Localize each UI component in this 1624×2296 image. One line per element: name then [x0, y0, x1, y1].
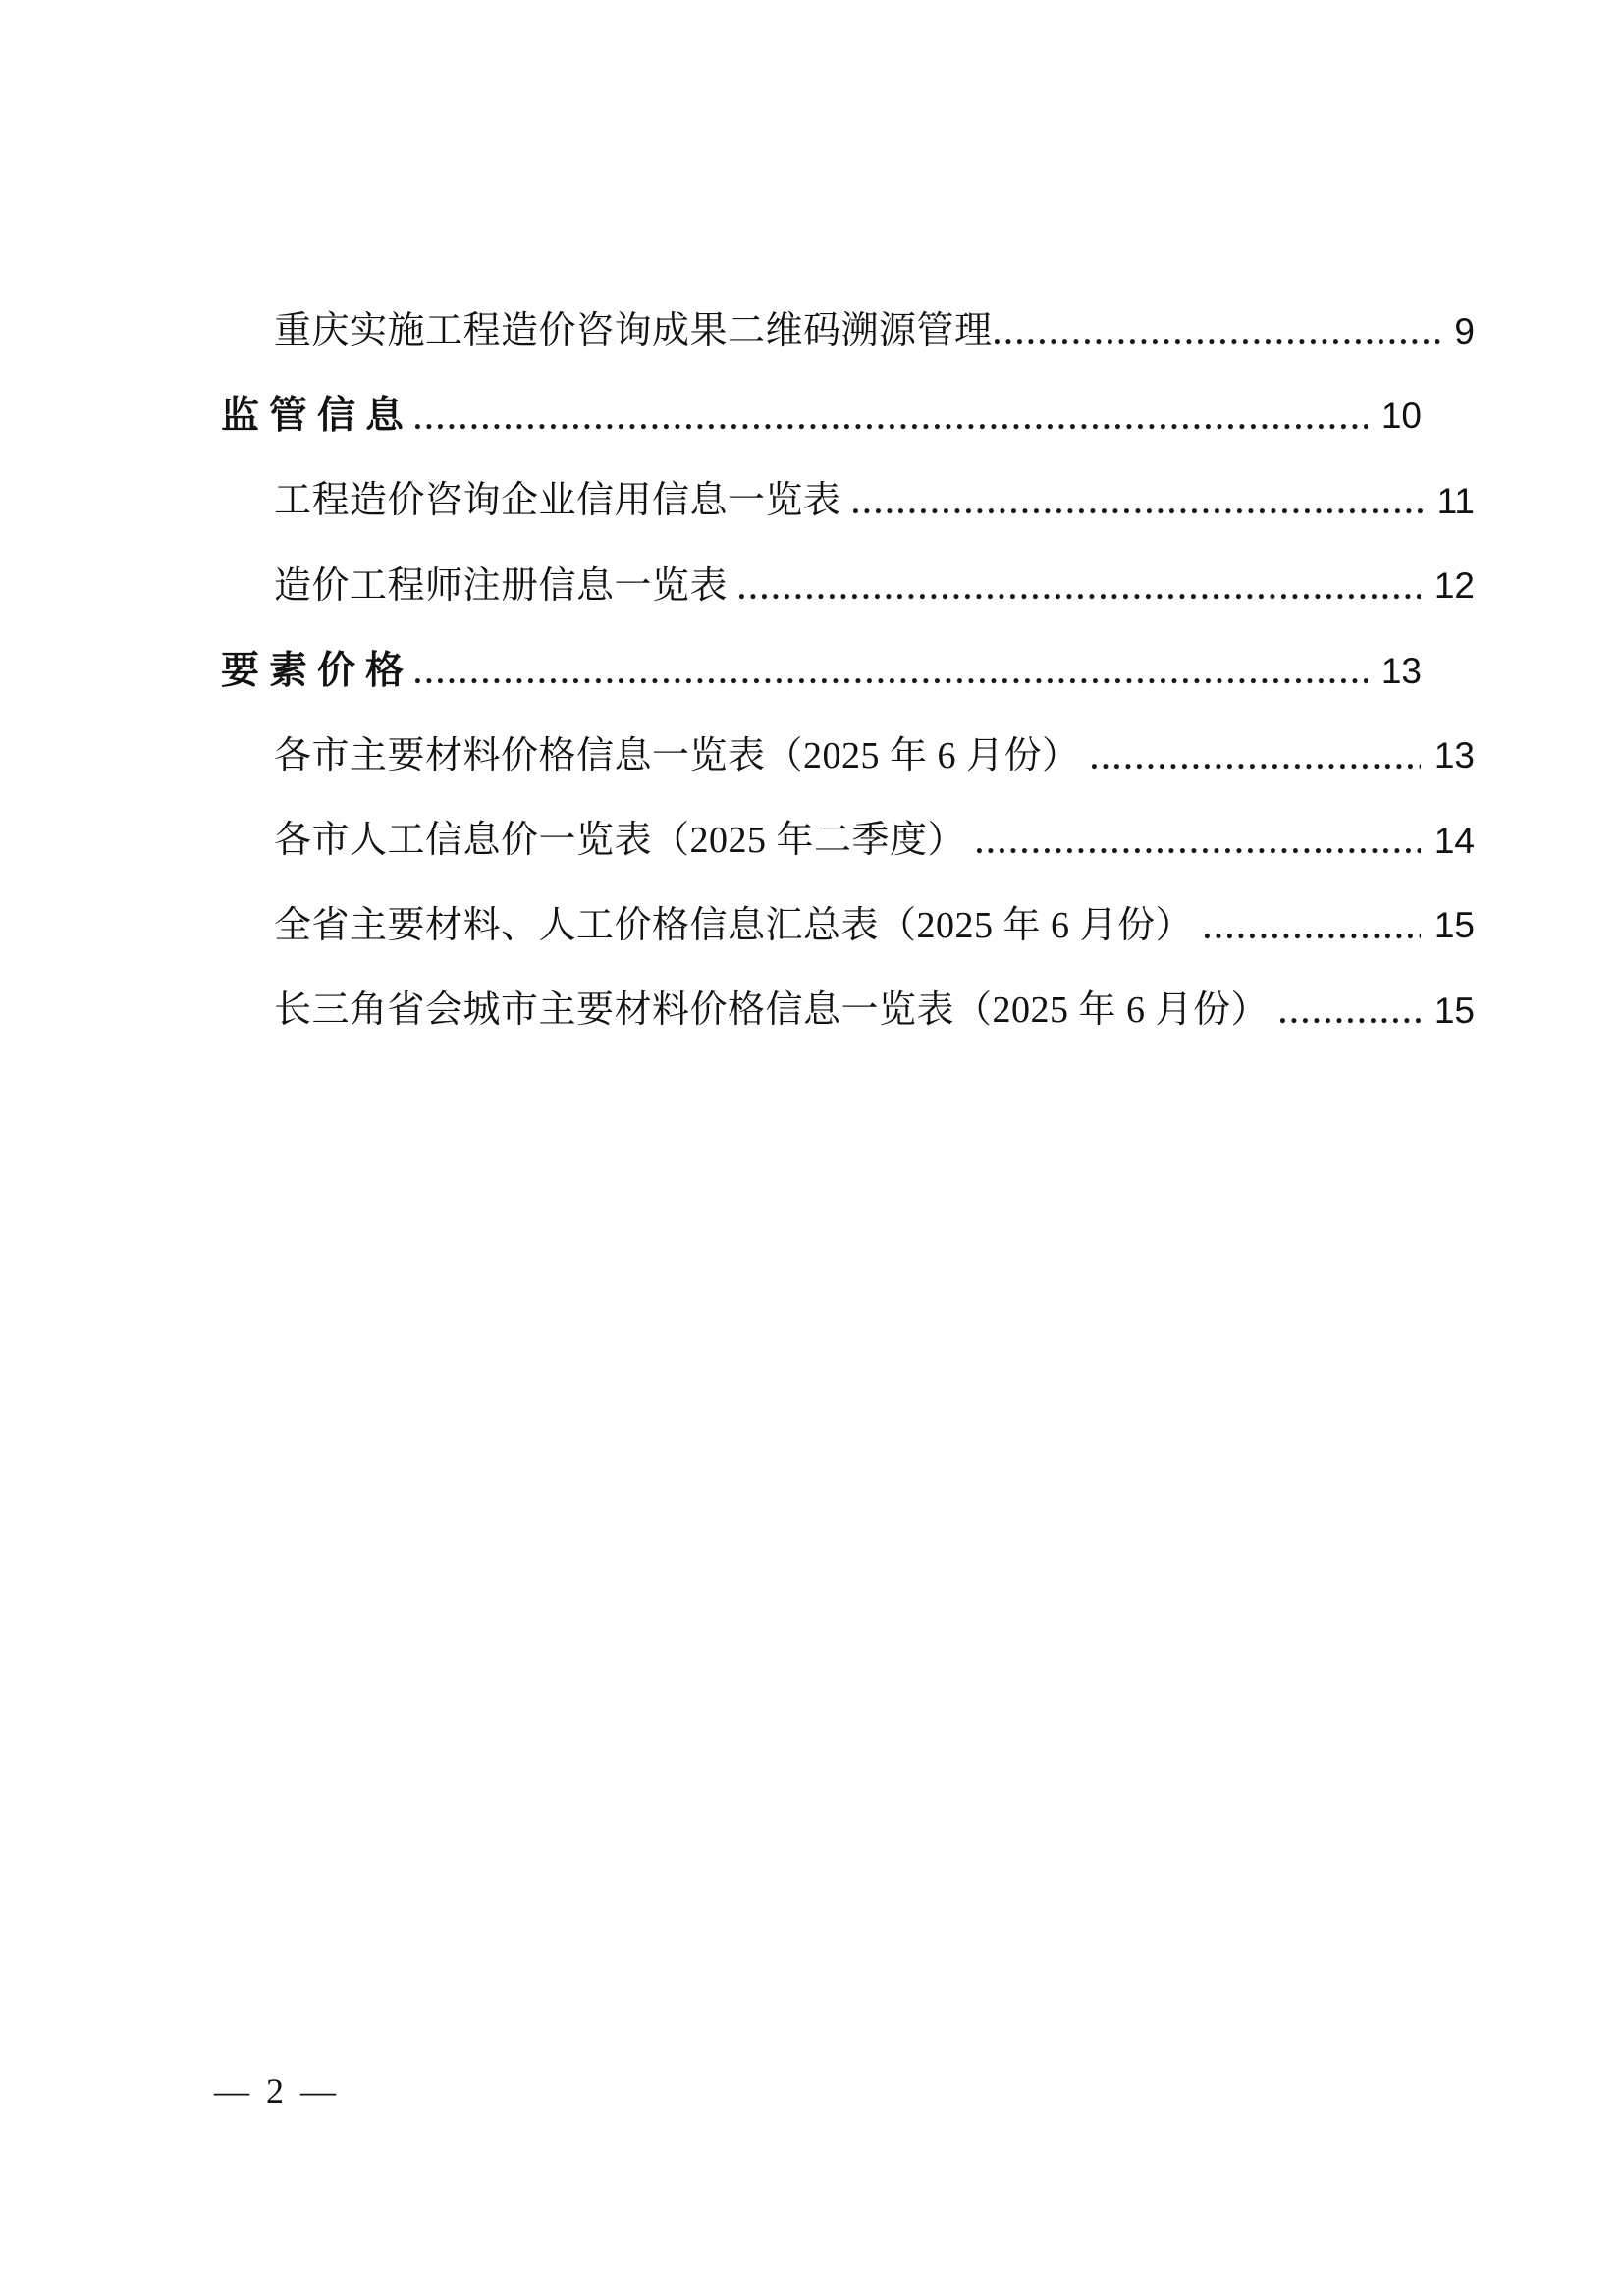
toc-entry[interactable]: 重庆实施工程造价咨询成果二维码溯源管理9 — [221, 289, 1475, 374]
toc-entry-title: 长三角省会城市主要材料价格信息一览表（2025 年 6 月份） — [274, 991, 1278, 1029]
footer-page-number: — 2 — — [214, 2073, 340, 2109]
toc-entry-page: 15 — [1435, 992, 1475, 1029]
toc-entry-title: 全省主要材料、人工价格信息汇总表（2025 年 6 月份） — [274, 907, 1203, 944]
toc-entry-page: 13 — [1381, 653, 1422, 689]
dot-leader — [1280, 989, 1421, 1031]
dot-leader — [739, 565, 1421, 607]
toc-entry[interactable]: 各市人工信息价一览表（2025 年二季度） 14 — [221, 798, 1475, 883]
dot-leader — [995, 310, 1441, 351]
dot-leader — [415, 396, 1368, 437]
document-page: 重庆实施工程造价咨询成果二维码溯源管理9监管信息10工程造价咨询企业信用信息一览… — [0, 0, 1624, 2296]
toc-entry[interactable]: 造价工程师注册信息一览表 12 — [221, 544, 1475, 629]
dot-leader — [415, 650, 1368, 691]
toc-entry-title: 要素价格 — [221, 652, 413, 690]
toc-entry-title: 各市人工信息价一览表（2025 年二季度） — [274, 822, 975, 859]
toc-entry-page: 9 — [1454, 313, 1475, 349]
toc-entry[interactable]: 监管信息10 — [221, 374, 1422, 459]
dot-leader — [1205, 905, 1421, 946]
dot-leader — [1092, 735, 1421, 776]
toc-entry-page: 10 — [1381, 398, 1422, 434]
toc-entry-page: 13 — [1435, 737, 1475, 774]
toc-entry[interactable]: 全省主要材料、人工价格信息汇总表（2025 年 6 月份） 15 — [221, 883, 1475, 969]
toc-entry[interactable]: 工程造价咨询企业信用信息一览表 11 — [221, 458, 1475, 544]
toc-list: 重庆实施工程造价咨询成果二维码溯源管理9监管信息10工程造价咨询企业信用信息一览… — [221, 289, 1422, 1053]
toc-entry-title: 造价工程师注册信息一览表 — [274, 567, 737, 605]
toc-entry[interactable]: 长三角省会城市主要材料价格信息一览表（2025 年 6 月份） 15 — [221, 968, 1475, 1053]
toc-entry[interactable]: 要素价格13 — [221, 628, 1422, 714]
toc-entry-title: 监管信息 — [221, 397, 413, 435]
toc-entry-page: 14 — [1435, 823, 1475, 859]
toc-entry[interactable]: 各市主要材料价格信息一览表（2025 年 6 月份） 13 — [221, 714, 1475, 799]
toc-entry-page: 12 — [1435, 567, 1475, 604]
dot-leader — [853, 480, 1424, 521]
dot-leader — [977, 820, 1421, 861]
toc-entry-page: 11 — [1437, 483, 1475, 519]
toc-entry-title: 重庆实施工程造价咨询成果二维码溯源管理 — [274, 312, 993, 349]
toc-entry-page: 15 — [1435, 907, 1475, 943]
toc-entry-title: 各市主要材料价格信息一览表（2025 年 6 月份） — [274, 737, 1090, 774]
toc-entry-title: 工程造价咨询企业信用信息一览表 — [274, 482, 851, 519]
